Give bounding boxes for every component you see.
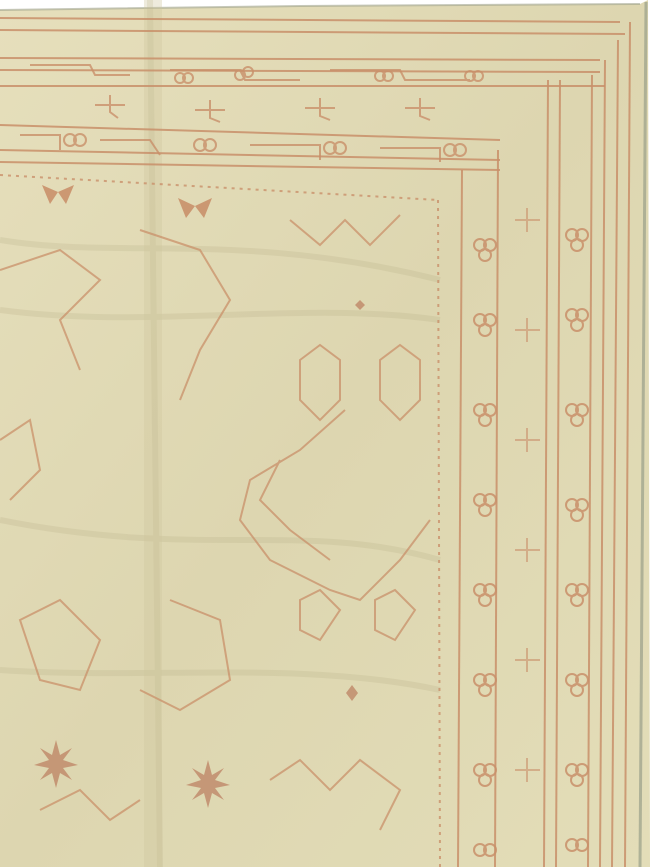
- rug-photo: [0, 0, 650, 867]
- rug-ground: [0, 0, 650, 867]
- rug-illustration: [0, 0, 650, 867]
